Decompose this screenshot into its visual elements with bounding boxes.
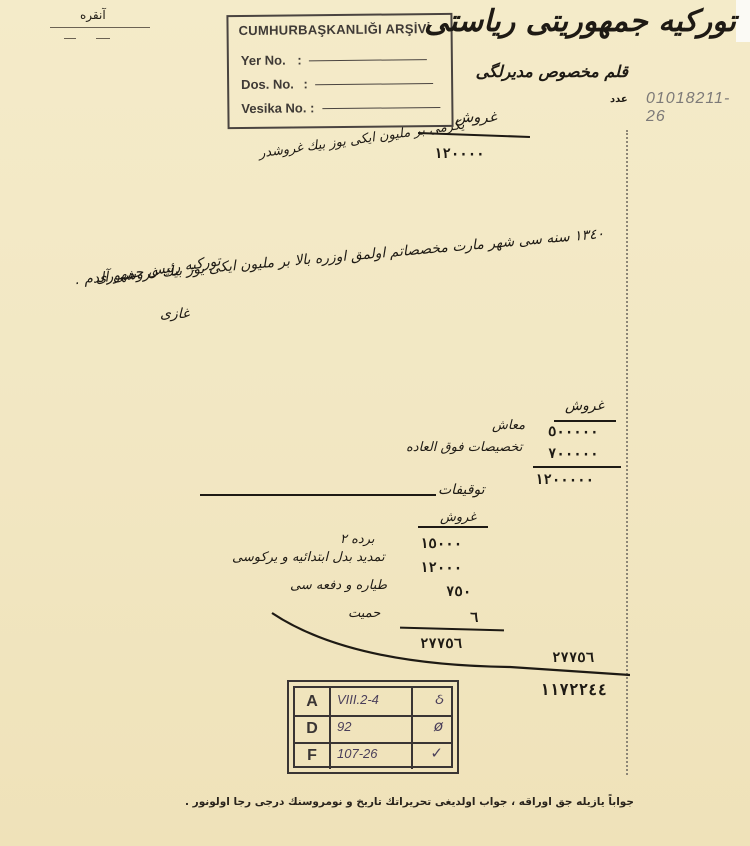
deduction-amount: ٧٥٠ — [446, 584, 471, 600]
stamp-field-dos: Dos. No. : — [241, 75, 433, 92]
total-line — [533, 466, 621, 468]
deduction-amount: ١٢٠٠٠ — [420, 560, 462, 576]
net-amount: ١١٧٢٢٤٤ — [540, 680, 607, 699]
archive-number: 01018211-26 — [646, 90, 750, 126]
flourish-line — [260, 605, 630, 685]
allowance-label: معاش — [492, 418, 525, 433]
registry-row: A VIII.2-4 ઠ — [295, 688, 451, 717]
deduction-amount: ١٥٠٠٠ — [420, 536, 462, 552]
letterhead-subtitle: قلم مخصوص مدیرلگی — [476, 62, 628, 81]
divider — [96, 38, 110, 39]
allowance-label: تخصیصات فوق العاده — [406, 440, 522, 455]
margin-amount: ٢٧٧٥٦ — [552, 650, 594, 666]
divider — [50, 27, 150, 28]
number-label: عدد — [610, 94, 628, 105]
deductions-title: توقیفات — [438, 482, 485, 498]
footer-note: جواباً یازیله جق اوراقه ، جواب اولدیغی ت… — [185, 796, 634, 808]
letterhead-title: تورکیه جمهوریتی ریاستی — [424, 4, 736, 39]
allowance-total: ١٢٠٠٠٠٠ — [535, 472, 594, 488]
place-name: آنقره — [80, 8, 106, 22]
allowance-amount: ٥٠٠٠٠٠ — [548, 424, 599, 440]
deduction-label: تمدید بدل ابتدائیه و یرکوسی — [232, 550, 385, 565]
stamp-field-vesika: Vesika No. : — [241, 99, 440, 116]
signature-name: غازی — [160, 306, 189, 322]
deduction-label: برده ٢ — [340, 532, 375, 547]
underline — [418, 526, 488, 528]
archive-stamp: CUMHURBAŞKANLIĞI ARŞİVİ Yer No. : Dos. N… — [226, 13, 453, 129]
stamp-field-yer: Yer No. : — [241, 51, 428, 68]
registry-stamp: A VIII.2-4 ઠ D 92 ø F 107-26 ✓ — [287, 680, 459, 774]
registry-row: F 107-26 ✓ — [295, 742, 451, 769]
archive-stamp-title: CUMHURBAŞKANLIĞI ARŞİVİ — [238, 21, 430, 38]
underline — [554, 420, 616, 422]
top-amount: ١٢٠٠٠٠ — [434, 146, 485, 162]
allowance-amount: ٧٠٠٠٠٠ — [548, 446, 599, 462]
divider — [64, 38, 76, 39]
allowance-header: غروش — [565, 398, 604, 414]
registry-row: D 92 ø — [295, 715, 451, 744]
section-divider — [200, 494, 436, 496]
page-edge — [736, 0, 750, 42]
deductions-header: غروش — [440, 510, 476, 525]
deduction-label: طیاره و دفعه سی — [290, 578, 387, 593]
